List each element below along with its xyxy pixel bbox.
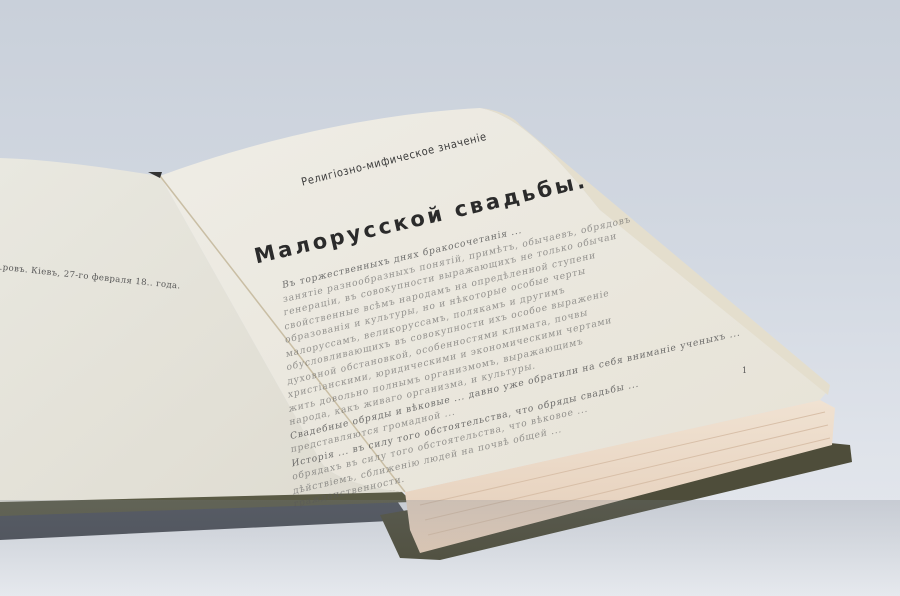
book-photo: ...ровъ. Кіевъ, 27-го февраля 18.. года.… <box>0 0 900 596</box>
table-shadow <box>0 500 900 596</box>
